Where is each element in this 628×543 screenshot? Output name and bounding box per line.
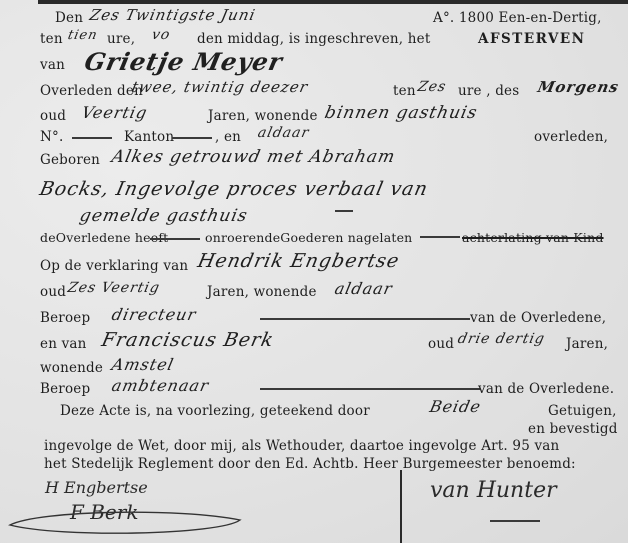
printed-den-middag: den middag, is ingeschreven, het: [197, 31, 431, 47]
printed-oud-3: oud: [428, 336, 454, 352]
printed-jaren-3: Jaren,: [566, 336, 608, 352]
signature-brace: [400, 470, 402, 543]
printed-no: N°.: [40, 129, 63, 145]
printed-den: Den: [55, 10, 83, 26]
handwritten-hour: tien: [66, 28, 99, 43]
signature-official: van Hunter: [430, 478, 557, 503]
printed-wonende-3: wonende: [40, 360, 103, 376]
printed-ten-2: ten: [393, 83, 416, 99]
printed-en-van: en van: [40, 336, 87, 352]
handwritten-declarant-residence: aldaar: [333, 279, 395, 298]
top-border-rule: [38, 0, 628, 4]
dash: [335, 210, 353, 212]
printed-beroep: Beroep: [40, 310, 90, 326]
printed-year: A°. 1800 Een-en-Dertig,: [433, 10, 602, 26]
printed-van-de-overledene: van de Overledene,: [470, 310, 606, 326]
blank-line: [260, 388, 480, 390]
blank-line: [260, 318, 470, 320]
handwritten-witness-2-residence: Amstel: [110, 355, 176, 374]
printed-oud: oud: [40, 108, 66, 124]
handwritten-witness-2-age: drie dertig: [456, 331, 546, 347]
printed-overleden: overleden,: [534, 129, 608, 145]
handwritten-residence: binnen gasthuis: [323, 103, 480, 123]
blank-line: [72, 137, 112, 139]
printed-ingevolge: ingevolge de Wet, door mij, als Wethoude…: [44, 438, 559, 454]
blank-line: [420, 236, 460, 238]
printed-ure: ure,: [107, 31, 135, 47]
printed-op-de-verklaring: Op de verklaring van: [40, 258, 188, 274]
printed-getuigen: Getuigen,: [548, 403, 617, 419]
handwritten-declarant-age: Zes Veertig: [66, 280, 161, 296]
printed-jaren-wonende: Jaren, wonende: [208, 108, 318, 124]
handwritten-voor-na: vo: [150, 27, 172, 43]
handwritten-born-line-2: Bocks, Ingevolge proces verbaal van: [38, 178, 431, 200]
handwritten-witness-2-occupation: ambtenaar: [110, 376, 211, 395]
printed-jaren-wonende-2: Jaren, wonende: [207, 284, 317, 300]
signature-flourish: [0, 490, 260, 540]
handwritten-death-date: twee, twintig deezer: [130, 78, 310, 96]
handwritten-date: Zes Twintigste Juni: [88, 6, 257, 24]
printed-geboren: Geboren: [40, 152, 100, 168]
handwritten-witness-2-name: Franciscus Berk: [100, 329, 276, 351]
blank-line: [150, 238, 200, 240]
handwritten-declarant-occupation: directeur: [110, 305, 198, 324]
signature-underline: [490, 520, 540, 522]
printed-overleden-den: Overleden den: [40, 83, 143, 99]
blank-line: [172, 137, 212, 139]
printed-van-de-overledene-2: van de Overledene.: [478, 381, 614, 397]
handwritten-death-hour: Zes: [416, 79, 448, 95]
printed-en: , en: [215, 129, 241, 145]
handwritten-declarant: Hendrik Engbertse: [196, 250, 402, 272]
handwritten-kanton-place: aldaar: [256, 125, 311, 141]
printed-stedelijk-reglement: het Stedelijk Reglement door den Ed. Ach…: [44, 456, 576, 472]
printed-ten: ten: [40, 31, 63, 47]
printed-oud-2: oud: [40, 284, 66, 300]
printed-achterlating: achterlating van Kind: [462, 230, 604, 246]
death-record-page: Den Zes Twintigste Juni A°. 1800 Een-en-…: [0, 0, 628, 543]
printed-kanton: Kanton: [124, 129, 174, 145]
handwritten-time-of-day: Morgens: [536, 78, 621, 96]
printed-en-bevestigd: en bevestigd: [528, 421, 618, 437]
printed-afsterven: AFSTERVEN: [478, 31, 586, 47]
printed-deze-acte: Deze Acte is, na voorlezing, geteekend d…: [60, 403, 370, 419]
printed-ure-des: ure , des: [458, 83, 519, 99]
handwritten-deceased-name: Grietje Meyer: [82, 47, 286, 76]
printed-beroep-2: Beroep: [40, 381, 90, 397]
printed-van: van: [40, 57, 65, 73]
printed-onroerende-goederen: onroerendeGoederen nagelaten: [205, 230, 412, 246]
handwritten-born-line-3: gemelde gasthuis: [78, 206, 250, 226]
handwritten-born: Alkes getrouwd met Abraham: [110, 147, 397, 167]
handwritten-signed-by: Beide: [428, 397, 483, 416]
handwritten-age: Veertig: [80, 103, 150, 122]
